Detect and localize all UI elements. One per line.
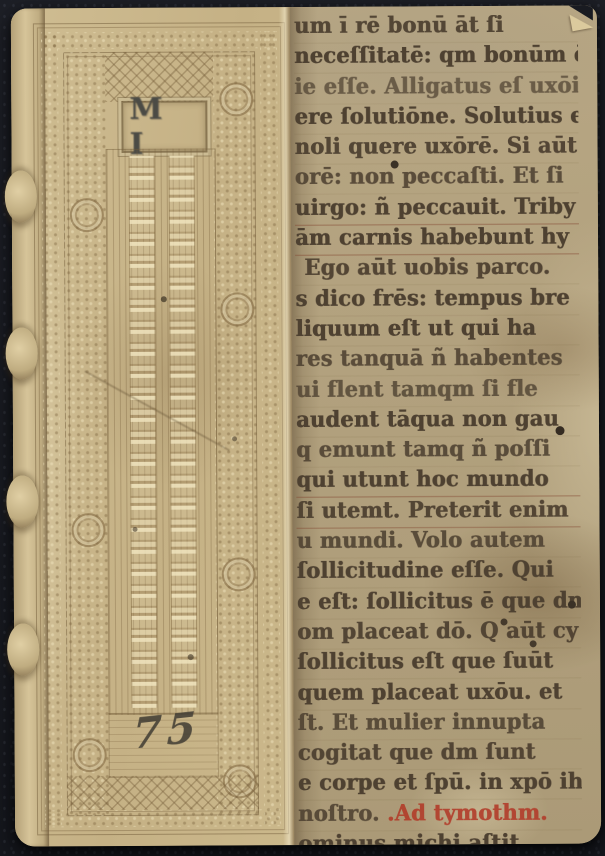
spine-raised-band xyxy=(5,170,37,222)
manuscript-line: e corpe et ſpū. in xpō ih xyxy=(298,768,582,802)
manuscript-line: orē: non peccaſti. Et ſi xyxy=(295,162,579,196)
manuscript-line: ām carnis habebunt hy xyxy=(295,223,579,257)
manuscript-line-text: ſi utemt. Preterit enim xyxy=(296,495,568,523)
spine-raised-band xyxy=(7,623,39,675)
manuscript-line-text: orē: non peccaſti. Et ſi xyxy=(295,162,564,190)
manuscript-line: noſtro. .Ad tymothm. xyxy=(298,798,582,832)
manuscript-line-text: ſollicitudine eſſe. Qui xyxy=(297,556,554,584)
manuscript-line: res tanquā ñ habentes xyxy=(296,344,580,378)
manuscript-line: s dico frēs: tempus bre xyxy=(295,283,579,317)
tooling-central-panel xyxy=(106,148,219,715)
manuscript-line: u mundi. Volo autem xyxy=(297,526,581,560)
manuscript-line-text: res tanquā ñ habentes xyxy=(296,344,563,372)
manuscript-line-text: quem placeat uxōu. et xyxy=(297,677,562,705)
manuscript-line: audent tāqua non gau xyxy=(296,404,580,438)
manuscript-line-text: Ego aūt uobis parco. xyxy=(304,253,550,281)
manuscript-line-text: e eſt: ſollicitus ē que dm xyxy=(297,586,581,614)
manuscript-line-text: uirgo: ñ peccauit. Triby xyxy=(295,192,575,220)
manuscript-line-text: liquum eſt ut qui ha xyxy=(295,314,536,342)
manuscript-line: ui flent tamqm ſi fle xyxy=(296,374,580,408)
manuscript-line-text: ie eſſe. Alligatus eſ uxōi: xyxy=(294,71,578,99)
tooling-lattice-band-bottom xyxy=(67,775,259,810)
manuscript-line: om placeat dō. Q aūt cy xyxy=(297,617,581,651)
manuscript-line: noli quere uxōrē. Si aūt xyxy=(294,132,578,166)
book: M I 75 um ī rē bonū āt ſineceſſitatē: qm… xyxy=(11,5,601,846)
cover-specks xyxy=(11,9,14,12)
cover-shelfmark-number: 75 xyxy=(132,702,202,759)
manuscript-line-text: audent tāqua non gau xyxy=(296,405,559,433)
manuscript-line-text: ām carnis habebunt hy xyxy=(295,223,569,251)
tooling-arabesque-band-left xyxy=(63,52,109,816)
manuscript-line-text: e corpe et ſpū. in xpō ih xyxy=(298,768,582,796)
tooling-arabesque-band-right xyxy=(213,51,259,815)
front-cover: M I 75 xyxy=(11,7,294,846)
manuscript-line: ere ſolutiōne. Solutius es xyxy=(294,101,578,135)
tooling-medallion xyxy=(70,198,104,232)
manuscript-line-text: ominus michi aſtit xyxy=(298,829,519,847)
manuscript-line: ſollicitudine eſſe. Qui xyxy=(297,556,581,590)
manuscript-line: uirgo: ñ peccauit. Triby xyxy=(295,192,579,226)
corner-fold xyxy=(559,5,593,35)
manuscript-line: neceſſitatē: qm bonūm ē xyxy=(294,41,578,75)
manuscript-line-text: cogitat que dm ſunt xyxy=(298,738,536,766)
tooling-medallion xyxy=(71,513,105,547)
manuscript-line: Ego aūt uobis parco. xyxy=(295,253,579,287)
corner-fold-flap xyxy=(570,11,594,31)
manuscript-line: ſi utemt. Preterit enim xyxy=(296,495,580,529)
manuscript-leaf: um ī rē bonū āt ſineceſſitatē: qm bonūm … xyxy=(290,5,601,845)
manuscript-line: quem placeat uxōu. et xyxy=(297,677,581,711)
manuscript-line: ie eſſe. Alligatus eſ uxōi: xyxy=(294,71,578,105)
tooling-medallion xyxy=(222,557,256,591)
manuscript-text: um ī rē bonū āt ſineceſſitatē: qm bonūm … xyxy=(294,11,582,847)
manuscript-line-text: ere ſolutiōne. Solutius es xyxy=(294,101,578,129)
manuscript-line-text: u mundi. Volo autem xyxy=(297,526,545,554)
wormhole-dots xyxy=(290,7,294,11)
manuscript-line: cogitat que dm ſunt xyxy=(298,738,582,772)
tooling-medallion xyxy=(220,292,254,326)
tooling-candelabra-column xyxy=(129,156,158,708)
manuscript-line-text: noli quere uxōrē. Si aūt xyxy=(294,132,576,160)
manuscript-line-text: q emunt tamq ñ poſſi xyxy=(296,435,550,463)
book-surface: M I 75 um ī rē bonū āt ſineceſſitatē: qm… xyxy=(11,5,601,846)
manuscript-line-text: noſtro. xyxy=(298,799,380,826)
manuscript-line-text: qui utunt hoc mundo xyxy=(296,465,549,493)
manuscript-line-text: s dico frēs: tempus bre xyxy=(295,283,569,311)
manuscript-line: q emunt tamq ñ poſſi xyxy=(296,435,580,469)
manuscript-rubric: .Ad tymothm. xyxy=(379,798,547,825)
manuscript-line: liquum eſt ut qui ha xyxy=(295,314,579,348)
manuscript-line-text: ui flent tamqm ſi fle xyxy=(296,374,538,402)
manuscript-line: ſt. Et mulier innupta xyxy=(297,707,581,741)
manuscript-line: e eſt: ſollicitus ē que dm xyxy=(297,586,581,620)
manuscript-line-text: neceſſitatē: qm bonūm ē xyxy=(294,41,578,69)
manuscript-line-text: om placeat dō. Q aūt cy xyxy=(297,617,578,645)
manuscript-line-text: ſollicitus eſt que ſuūt xyxy=(297,647,553,675)
manuscript-line-text: ſt. Et mulier innupta xyxy=(297,708,545,736)
tooling-medallion xyxy=(219,82,253,116)
manuscript-line: qui utunt hoc mundo xyxy=(296,465,580,499)
tooling-border-band-top xyxy=(41,31,277,49)
spine-raised-band xyxy=(6,475,38,527)
manuscript-line: ominus michi aſtit xyxy=(298,829,582,847)
spine-raised-band xyxy=(5,327,37,379)
photo-background: M I 75 um ī rē bonū āt ſineceſſitatē: qm… xyxy=(0,0,605,856)
manuscript-line-text: um ī rē bonū āt ſi xyxy=(294,11,504,39)
tooling-medallion xyxy=(73,738,107,772)
manuscript-line: um ī rē bonū āt ſi xyxy=(294,11,578,45)
manuscript-line: ſollicitus eſt que ſuūt xyxy=(297,647,581,681)
cover-stamp-box: M I xyxy=(121,101,207,153)
